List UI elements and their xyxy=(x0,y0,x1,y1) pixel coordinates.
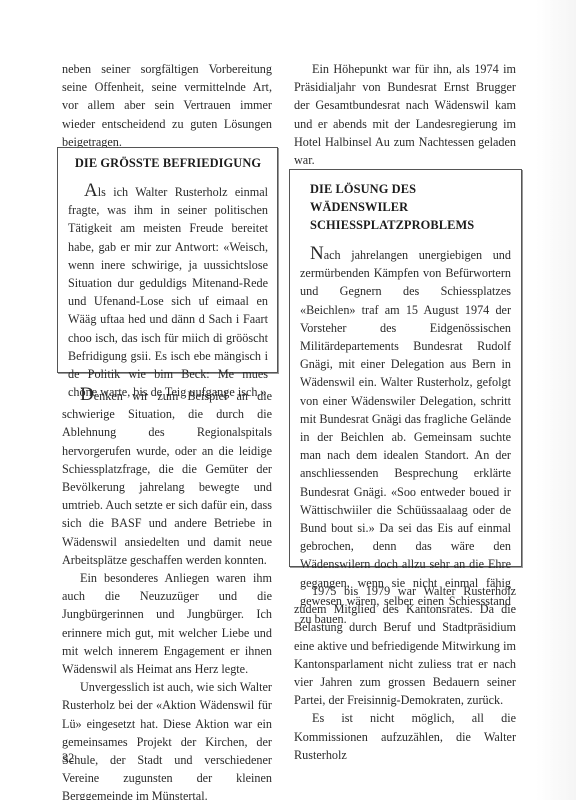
drop-cap: D xyxy=(80,384,94,405)
body-paragraph: 1975 bis 1979 war Walter Rusterholz zude… xyxy=(294,582,516,709)
box-heading: DIE LÖSUNG DES WÄDENSWILER SCHIESSPLATZP… xyxy=(310,180,511,234)
body-paragraph: Es ist nicht möglich, all die Kommission… xyxy=(294,709,516,764)
body-paragraph: Ein besonderes Anliegen waren ihm auch d… xyxy=(62,569,272,678)
right-column-body: 1975 bis 1979 war Walter Rusterholz zude… xyxy=(294,582,516,764)
box-heading: DIE GRÖSSTE BEFRIEDIGUNG xyxy=(68,154,268,172)
right-column-intro: Ein Höhepunkt war für ihn, als 1974 im P… xyxy=(294,60,516,169)
page-number: 32 xyxy=(62,751,74,766)
body-paragraph: Denken wir zum Beispiel an die schwierig… xyxy=(62,387,272,569)
drop-cap: A xyxy=(84,180,98,201)
left-column-body: Denken wir zum Beispiel an die schwierig… xyxy=(62,387,272,800)
sidebar-box-groesste-befriedigung: DIE GRÖSSTE BEFRIEDIGUNG Als ich Walter … xyxy=(57,147,278,373)
page-edge-shadow xyxy=(536,0,576,800)
sidebar-box-schiessplatzproblem: DIE LÖSUNG DES WÄDENSWILER SCHIESSPLATZP… xyxy=(289,169,522,567)
left-column-intro: neben seiner sorgfältigen Vorbereitung s… xyxy=(62,60,272,151)
box-paragraph: Nach jahrelangen unergiebigen und zermür… xyxy=(300,246,511,628)
left-intro-paragraph: neben seiner sorgfältigen Vorbereitung s… xyxy=(62,60,272,151)
box-paragraph: Als ich Walter Rusterholz einmal fragte,… xyxy=(68,183,268,401)
body-paragraph: Unvergesslich ist auch, wie sich Walter … xyxy=(62,678,272,800)
right-intro-paragraph: Ein Höhepunkt war für ihn, als 1974 im P… xyxy=(294,60,516,169)
drop-cap: N xyxy=(310,243,324,264)
